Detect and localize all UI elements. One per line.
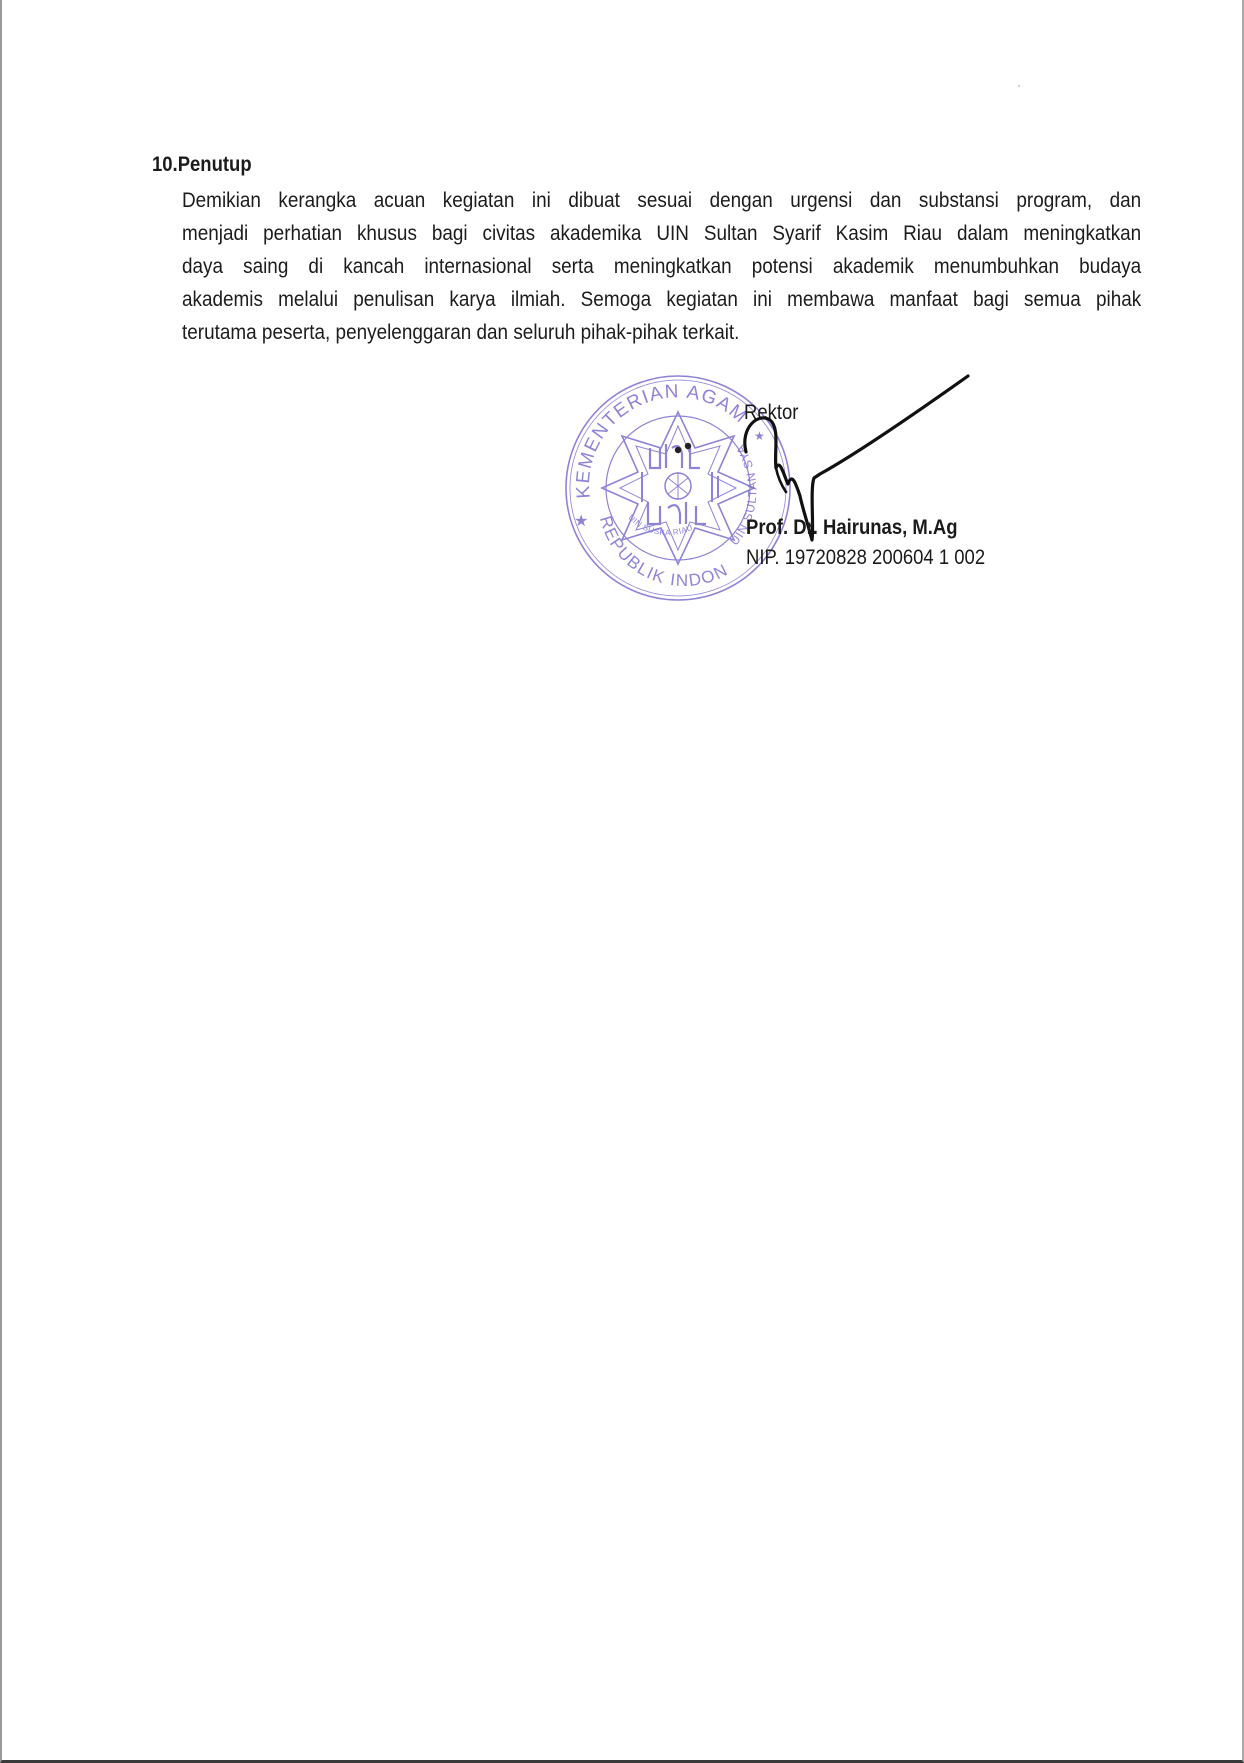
paragraph-line: akademis melalui penulisan karya ilmiah.…: [182, 283, 1142, 316]
paragraph-line: Demikian kerangka acuan kegiatan ini dib…: [182, 184, 1142, 217]
section-title: Penutup: [178, 153, 252, 176]
closing-section: 10.Penutup Demikian kerangka acuan kegia…: [152, 150, 1092, 180]
section-heading: 10.Penutup: [152, 150, 979, 180]
paragraph-line: menjadi perhatian khusus bagi civitas ak…: [182, 217, 1142, 250]
signature-block: KEMENTERIAN AGAMA REPUBLIK INDONESIA UIN…: [558, 368, 1018, 628]
svg-text:KEMENTERIAN AGAMA: KEMENTERIAN AGAMA: [558, 368, 751, 499]
section-paragraph: Demikian kerangka acuan kegiatan ini dib…: [182, 184, 1142, 349]
svg-text:★: ★: [574, 513, 588, 530]
signer-name: Prof. Dr. Hairunas, M.Ag: [746, 516, 958, 540]
scan-speck: [1018, 85, 1020, 87]
paragraph-line: daya saing di kancah internasional serta…: [182, 250, 1142, 283]
signer-nip: NIP. 19720828 200604 1 002: [746, 546, 985, 570]
paragraph-line: terutama peserta, penyelenggaran dan sel…: [182, 316, 1142, 349]
stamp-top-text: KEMENTERIAN AGAMA: [558, 368, 751, 499]
section-number: 10.: [152, 153, 178, 176]
document-page: 10.Penutup Demikian kerangka acuan kegia…: [0, 0, 1244, 1763]
